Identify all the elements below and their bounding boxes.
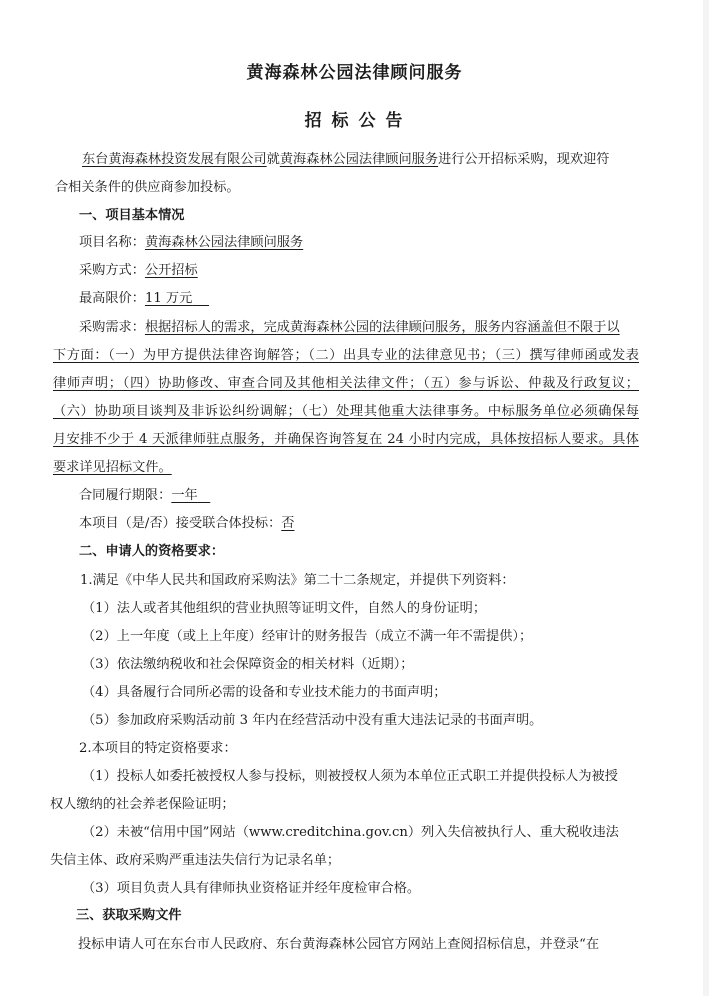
qualification-item-2: 2.本项目的特定资格要求： <box>79 739 237 759</box>
qualification-sub-3: （3）依法缴纳税收和社会保障资金的相关材料（近期）； <box>82 655 413 675</box>
procurement-method-row: 采购方式：公开招标 <box>79 261 198 281</box>
specific-req-1a: （1）投标人如委托被授权人参与投标，则被授权人须为本单位正式职工并提供投标人为被… <box>82 767 618 787</box>
document-subtitle: 招 标 公 告 <box>0 106 709 131</box>
qualification-sub-1: （1）法人或者其他组织的营业执照等证明文件，自然人的身份证明； <box>82 599 486 619</box>
section3-heading: 三、获取采购文件 <box>76 906 182 926</box>
project-name-inline: 黄海森林公园法律顾问服务 <box>280 152 438 167</box>
specific-req-2b: 失信主体、政府采购严重违法失信行为记录名单； <box>50 851 340 871</box>
contract-term-value: 一年 <box>171 488 197 503</box>
section3-line-1: 投标申请人可在东台市人民政府、东台黄海森林公园官方网站上查阅招标信息，并登录“在 <box>78 935 599 955</box>
joint-bid-row: 本项目（是/否）接受联合体投标：否 <box>79 514 294 534</box>
qualification-sub-2: （2）上一年度（或上上年度）经审计的财务报告（成立不满一年不需提供）； <box>82 627 532 647</box>
demand-row-3: 律师声明；（四）协助修改、审查合同及其他相关法律文件；（五）参与诉讼、仲裁及行政… <box>53 374 639 394</box>
demand-row-1: 采购需求：根据招标人的需求，完成黄海森林公园的法律顾问服务，服务内容涵盖但不限于… <box>79 318 620 338</box>
document-title: 黄海森林公园法律顾问服务 <box>0 58 709 83</box>
buyer-name: 东台黄海森林投资发展有限公司 <box>82 152 267 167</box>
max-price-value: 11 万元 <box>145 291 192 306</box>
qualification-sub-4: （4）具备履行合同所必需的设备和专业技术能力的书面声明； <box>82 683 446 703</box>
procurement-method-value: 公开招标 <box>145 263 198 278</box>
specific-req-2a: （2）未被“信用中国”网站（www.creditchina.gov.cn）列入失… <box>82 823 619 843</box>
demand-row-2: 下方面：（一）为甲方提供法律咨询解答；（二）出具专业的法律意见书；（三）撰写律师… <box>53 346 639 366</box>
contract-term-row: 合同履行期限：一年 <box>79 486 210 506</box>
intro-line-2: 合相关条件的供应商参加投标。 <box>55 178 240 198</box>
section2-heading: 二、申请人的资格要求： <box>79 542 224 562</box>
intro-line-1: 东台黄海森林投资发展有限公司就黄海森林公园法律顾问服务进行公开招标采购，现欢迎符 <box>82 150 610 170</box>
qualification-sub-5: （5）参加政府采购活动前 3 年内在经营活动中没有重大违法记录的书面声明。 <box>82 711 542 731</box>
demand-row-4: （六）协助项目谈判及非诉讼纠纷调解；（七）处理其他重大法律事务。中标服务单位必须… <box>53 402 639 422</box>
specific-req-1b: 权人缴纳的社会养老保险证明； <box>50 795 235 815</box>
max-price-row: 最高限价：11 万元 <box>79 289 209 309</box>
demand-row-5: 月安排不少于 4 天派律师驻点服务，并确保咨询答复在 24 小时内完成，具体按招… <box>53 430 639 450</box>
joint-bid-value: 否 <box>281 516 294 531</box>
specific-req-3: （3）项目负责人具有律师执业资格证并经年度检审合格。 <box>82 879 420 899</box>
page-edge <box>703 0 709 996</box>
qualification-item-1: 1.满足《中华人民共和国政府采购法》第二十二条规定，并提供下列资料： <box>80 571 515 591</box>
project-name-value: 黄海森林公园法律顾问服务 <box>145 235 303 250</box>
demand-row-6: 要求详见招标文件。 <box>53 458 172 478</box>
project-name-row: 项目名称：黄海森林公园法律顾问服务 <box>79 233 303 253</box>
section1-heading: 一、项目基本情况 <box>79 206 185 226</box>
